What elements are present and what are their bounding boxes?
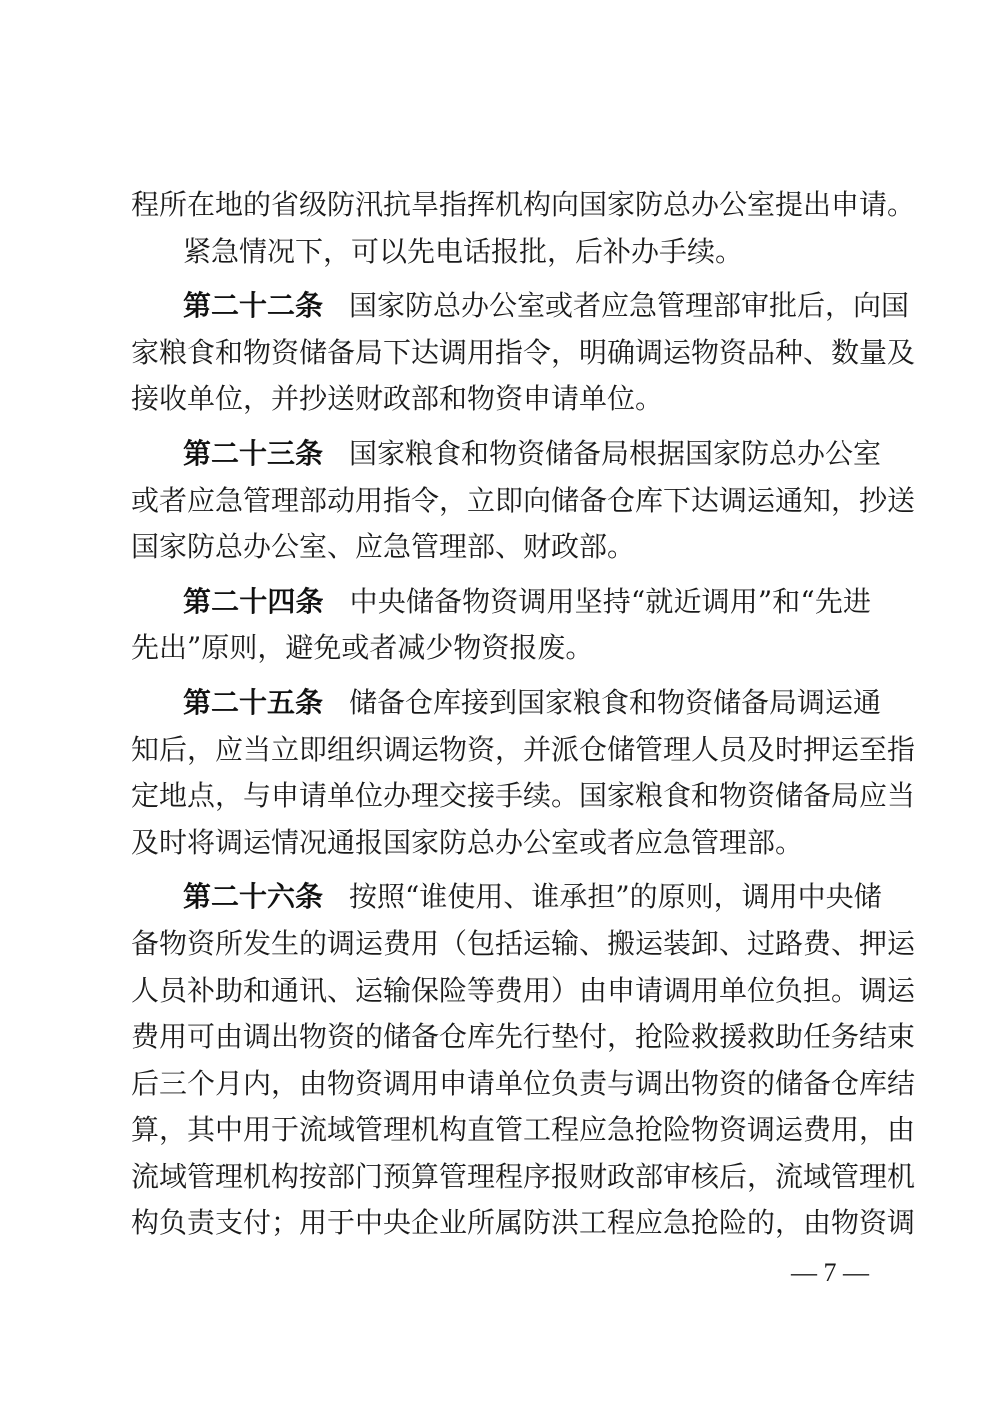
article-heading: 第二十二条 [183,289,323,322]
text-line: 国家防总办公室、应急管理部、财政部。 [131,524,871,571]
text-line: 或者应急管理部动用指令，立即向储备仓库下达调运通知，抄送 [131,478,871,525]
text-line: 及时将调运情况通报国家防总办公室或者应急管理部。 [131,820,871,867]
article-heading: 第二十五条 [183,686,323,719]
text-line: 后三个月内，由物资调用申请单位负责与调出物资的储备仓库结 [131,1061,871,1108]
text-line: 中央储备物资调用坚持“就近调用”和“先进 [350,585,871,618]
article-heading: 第二十六条 [183,880,323,913]
text-line: 备物资所发生的调运费用（包括运输、搬运装卸、过路费、押运 [131,921,871,968]
text-line: 构负责支付；用于中央企业所属防洪工程应急抢险的，由物资调 [131,1200,871,1247]
text-line: 人员补助和通讯、运输保险等费用）由申请调用单位负担。调运 [131,968,871,1015]
text-line: 流域管理机构按部门预算管理程序报财政部审核后，流域管理机 [131,1154,871,1201]
article-23-first-line: 第二十三条国家粮食和物资储备局根据国家防总办公室 [131,431,871,478]
text-line: 国家防总办公室或者应急管理部审批后，向国 [349,289,909,322]
text-line: 按照“谁使用、谁承担”的原则，调用中央储 [349,880,882,913]
article-26-first-line: 第二十六条按照“谁使用、谁承担”的原则，调用中央储 [131,874,871,921]
article-heading: 第二十三条 [183,437,323,470]
text-line: 国家粮食和物资储备局根据国家防总办公室 [349,437,881,470]
article-25-first-line: 第二十五条储备仓库接到国家粮食和物资储备局调运通 [131,680,871,727]
article-22-first-line: 第二十二条国家防总办公室或者应急管理部审批后，向国 [131,283,871,330]
article-24-first-line: 第二十四条中央储备物资调用坚持“就近调用”和“先进 [131,579,871,626]
text-line: 紧急情况下，可以先电话报批，后补办手续。 [131,229,871,276]
text-line: 接收单位，并抄送财政部和物资申请单位。 [131,376,871,423]
text-line: 知后，应当立即组织调运物资，并派仓储管理人员及时押运至指 [131,727,871,774]
text-line: 费用可由调出物资的储备仓库先行垫付，抢险救援救助任务结束 [131,1014,871,1061]
page-number: — 7 — [790,1258,870,1288]
text-line: 储备仓库接到国家粮食和物资储备局调运通 [349,686,881,719]
text-line: 程所在地的省级防汛抗旱指挥机构向国家防总办公室提出申请。 [131,182,871,229]
text-line: 先出”原则，避免或者减少物资报废。 [131,625,871,672]
article-heading: 第二十四条 [183,585,324,618]
document-page: 程所在地的省级防汛抗旱指挥机构向国家防总办公室提出申请。 紧急情况下，可以先电话… [131,182,871,1247]
text-line: 算，其中用于流域管理机构直管工程应急抢险物资调运费用，由 [131,1107,871,1154]
text-line: 定地点，与申请单位办理交接手续。国家粮食和物资储备局应当 [131,773,871,820]
text-line: 家粮食和物资储备局下达调用指令，明确调运物资品种、数量及 [131,330,871,377]
